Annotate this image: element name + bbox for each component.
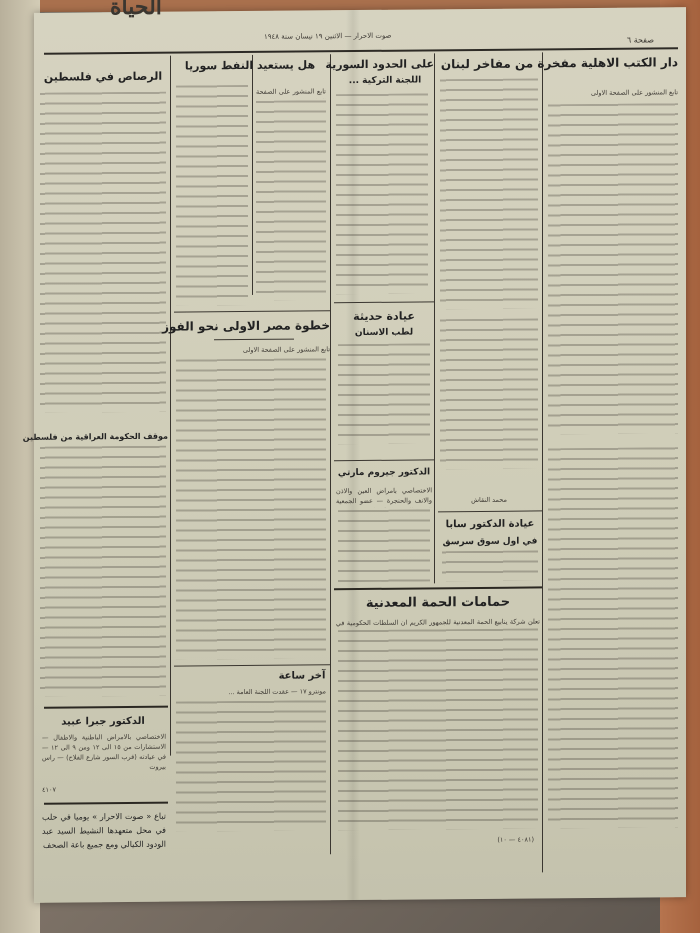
headline-syria-oil: هل يستعيد النفط سوريا — [174, 58, 326, 72]
continued-note: تابع المنشور على الصفحة الاولى — [256, 86, 326, 99]
article-body-text — [440, 78, 538, 309]
article-body-text — [40, 446, 166, 697]
headline-last-hour: آخر ساعة — [274, 670, 330, 681]
column-rule — [434, 53, 435, 583]
section-rule — [44, 706, 168, 709]
ad-reference: ٤١٠٧ — [42, 784, 102, 795]
article-body-text — [336, 93, 428, 294]
article-body-text — [40, 92, 166, 413]
page-number: صفحة ٦ — [627, 35, 654, 44]
dateline: صوت الاحرار — الاثنين ١٩ نيسان سنة ١٩٤٨ — [264, 32, 392, 41]
article-body-text — [442, 550, 538, 581]
column-rule — [252, 55, 253, 295]
article-body-text — [176, 85, 248, 306]
newspaper-page: صفحة ٦ صوت الاحرار — الاثنين ١٩ نيسان سن… — [34, 7, 686, 903]
section-rule — [44, 802, 168, 805]
article-body-text — [176, 700, 326, 831]
headline-egypt-first-step: خطوة مصر الاولى نحو الفوز — [174, 318, 330, 333]
column-rule — [170, 56, 171, 756]
headline-dar-alkutub: دار الكتب الاهلية مفخرة من مفاخر لبنان — [548, 55, 678, 70]
dr-jabra-details: الاختصاصي بالامراض الباطنية والاطفال — ا… — [42, 732, 166, 783]
headline-dr-saba: عيادة الدكتور سابا — [438, 518, 542, 530]
article-body-text — [176, 358, 326, 659]
article-body-text — [338, 343, 430, 444]
subheadline-syrian-borders: اللجنة التركية ... — [336, 75, 434, 86]
ad-reference: (٤٠٨١ — ١٠) — [454, 834, 534, 845]
headline-dental-clinic: عيادة حديثة — [334, 309, 434, 323]
subheadline-dental-clinic: لطب الاسنان — [334, 327, 434, 338]
headline-hamma-baths: حمامات الحمة المعدنية — [334, 594, 542, 611]
header-rule — [44, 47, 678, 55]
continued-note: تابع المنشور على الصفحة الاولى — [548, 87, 678, 102]
headline-iraqi-government: موقف الحكومة العراقية من فلسطين — [38, 432, 168, 442]
section-rule — [174, 664, 330, 666]
headline-syrian-borders: على الحدود السورية — [336, 57, 434, 71]
section-rule — [334, 459, 434, 461]
section-rule — [334, 301, 434, 303]
distribution-notice: تباع « صوت الاحرار » يوميا في حلب في محل… — [42, 810, 166, 871]
article-body-text — [548, 447, 678, 828]
masthead-fragment: الحياة — [110, 0, 190, 10]
signature: محمد النقاش — [440, 494, 538, 507]
headline-underline — [214, 339, 294, 341]
headline-dr-jabra: الدكتور جبرا عبيد — [38, 716, 168, 728]
column-rule — [330, 54, 331, 854]
article-body-text — [338, 628, 538, 830]
column-rule — [542, 52, 543, 872]
article-body-text — [548, 103, 678, 434]
section-rule — [174, 310, 330, 312]
subheadline-dr-saba: في اول سوق سرسق — [438, 536, 542, 547]
headline-dr-jerome: الدكتور جيروم مارتي — [334, 467, 434, 478]
last-hour-lead: مونترو ١٧ — عقدت اللجنة العامة ... — [176, 686, 326, 697]
article-body-text — [256, 100, 326, 301]
dr-jerome-specialty: الاختصاصي بامراض العين والاذن والانف وال… — [336, 485, 432, 508]
section-rule — [438, 510, 542, 512]
continued-note: تابع المنشور على الصفحة الاولى — [174, 344, 330, 357]
headline-bullets-palestine: الرصاص في فلسطين — [38, 70, 168, 84]
hamma-baths-lead: تعلن شركة ينابيع الحمة المعدنية للجمهور … — [336, 616, 540, 628]
article-body-text — [440, 318, 538, 469]
section-rule — [334, 586, 542, 590]
article-body-text — [338, 509, 430, 582]
